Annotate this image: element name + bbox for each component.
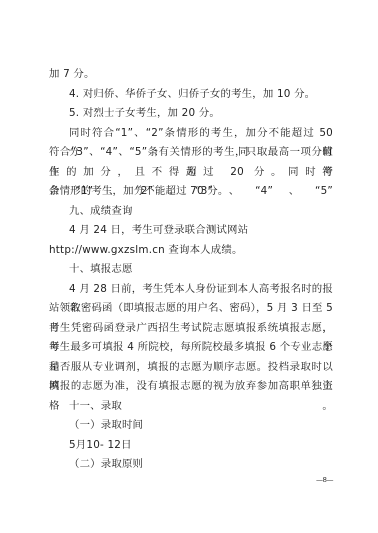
text-line: 5. 对烈士子女考生，加 20 分。 <box>49 104 333 124</box>
subheading-admission-principles: （二）录取原则 <box>49 455 333 475</box>
text-line: 填报的志愿为准，没有填报志愿的视为放弃参加高职单独资格。 <box>49 377 333 397</box>
text-line: 4 月 28 日前，考生凭本人身份证到本人高考报名时的报名 <box>49 280 333 300</box>
text-line: 4. 对归侨、华侨子女、归侨子女的考生，加 10 分。 <box>49 85 333 105</box>
text-line: 4 月 24 日，考生可登录联合测试网站 <box>49 221 333 241</box>
subheading-admission-time: （一）录取时间 <box>49 416 333 436</box>
text-line: 站领取密码函（即填报志愿的用户名、密码），5 月 3 日至 5 日， <box>49 299 333 319</box>
text-line: 生的加分，且不得超过 20 分。同时符合“1”、“2”、“3”、“4”、“5” <box>49 163 333 183</box>
section-heading-score-query: 九、成绩查询 <box>49 202 333 222</box>
text-line: 加 7 分。 <box>49 65 333 85</box>
text-line: 同时符合“1”、“2”条情形的考生，加分不能超过 50 分；同时 <box>49 124 333 144</box>
text-line: 考生最多可填报 4 所院校，每所院校最多填报 6 个专业志愿和 <box>49 338 333 358</box>
text-line: 是否服从专业调剂，填报的志愿为顺序志愿。投档录取时以网上 <box>49 358 333 378</box>
text-line: 符合“3”、“4”、“5”条有关情形的考生，只取最高一项分值作为考 <box>49 143 333 163</box>
text-line: 5月10- 12日 <box>49 436 333 456</box>
page-number: —8— <box>316 476 333 484</box>
text-line: 考生凭密码函登录广西招生考试院志愿填报系统填报志愿，每个 <box>49 319 333 339</box>
section-heading-fill-preferences: 十、填报志愿 <box>49 260 333 280</box>
document-page: 加 7 分。 4. 对归侨、华侨子女、归侨子女的考生，加 10 分。 5. 对烈… <box>49 65 333 475</box>
score-query-link[interactable]: http://www.gxzslm.cn 查询本人成绩。 <box>49 241 333 261</box>
